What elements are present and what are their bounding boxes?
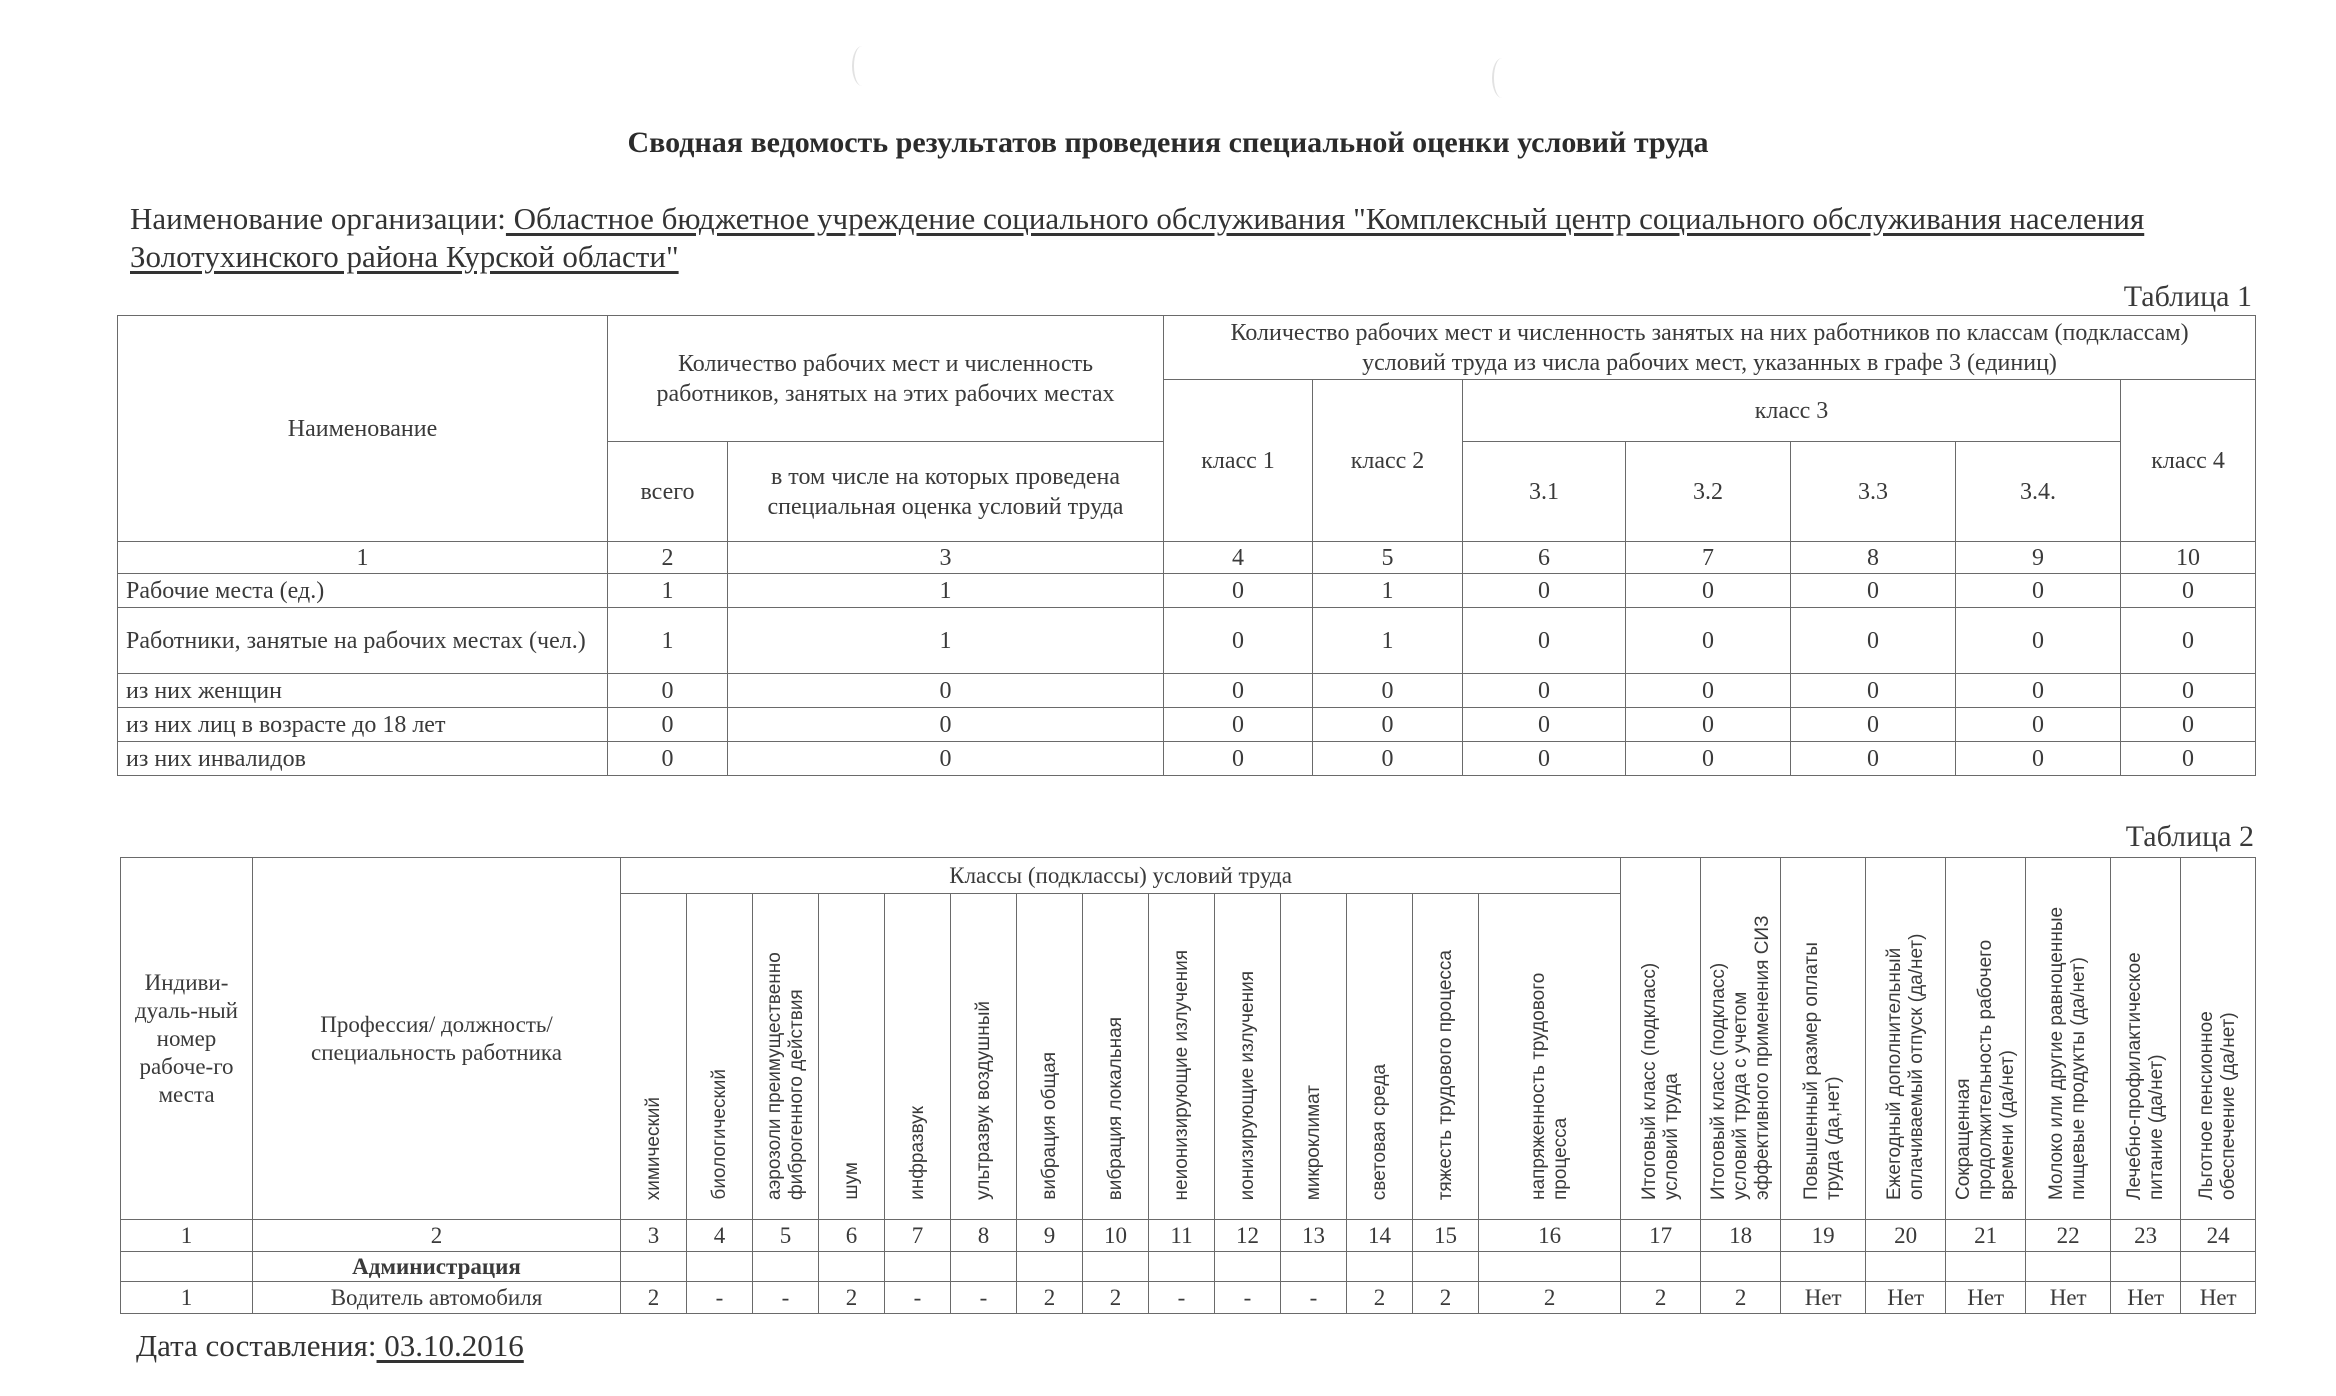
cell-value: 2 [1017, 1282, 1083, 1314]
cell-value: - [687, 1282, 753, 1314]
t2-header-extra-2: Итоговый класс (подкласс) условий труда … [1701, 858, 1781, 1220]
t1-header-class4: класс 4 [2121, 380, 2256, 542]
cell-value: 0 [1164, 608, 1313, 674]
cell-value: Нет [2181, 1282, 2256, 1314]
t1-header-classes-group: Количество рабочих мест и численность за… [1164, 316, 2256, 380]
section-title: Администрация [253, 1252, 621, 1282]
empty-cell [1866, 1252, 1946, 1282]
t2-header-classes-group: Классы (подклассы) условий труда [621, 858, 1621, 894]
t2-column-number: 1 [121, 1220, 253, 1252]
row-name: Работники, занятые на рабочих местах (че… [118, 608, 608, 674]
cell-value: 0 [608, 742, 728, 776]
t2-column-number: 18 [1701, 1220, 1781, 1252]
cell-value: 0 [1791, 608, 1956, 674]
t2-column-number: 16 [1479, 1220, 1621, 1252]
table-row: 1Водитель автомобиля2--2--22---22222НетН… [121, 1282, 2256, 1314]
cell-value: 0 [1626, 574, 1791, 608]
empty-cell [1479, 1252, 1621, 1282]
empty-cell [1017, 1252, 1083, 1282]
t1-header-assessed: в том числе на которых проведена специал… [728, 442, 1164, 542]
t1-column-number: 4 [1164, 542, 1313, 574]
cell-value: 0 [1164, 742, 1313, 776]
empty-cell [753, 1252, 819, 1282]
cell-value: 0 [2121, 742, 2256, 776]
t2-column-number: 17 [1621, 1220, 1701, 1252]
t2-header-factor: вибрация локальная [1083, 894, 1149, 1220]
t2-column-number: 14 [1347, 1220, 1413, 1252]
cell-value: 2 [1347, 1282, 1413, 1314]
t1-column-number: 5 [1313, 542, 1463, 574]
cell-value: - [885, 1282, 951, 1314]
cell-value: - [951, 1282, 1017, 1314]
cell-value: 1 [1313, 608, 1463, 674]
t1-column-number: 8 [1791, 542, 1956, 574]
t2-header-extra-6: Молоко или другие равноценные пищевые пр… [2026, 858, 2111, 1220]
t2-header-factor: биологический [687, 894, 753, 1220]
t2-column-number: 13 [1281, 1220, 1347, 1252]
cell-value: 0 [1626, 708, 1791, 742]
empty-cell [819, 1252, 885, 1282]
t1-header-class3: класс 3 [1463, 380, 2121, 442]
summary-table-2: Индиви-дуаль-ный номер рабоче-го места П… [120, 857, 2256, 1314]
t2-column-number: 22 [2026, 1220, 2111, 1252]
t1-header-class3-4: 3.4. [1956, 442, 2121, 542]
t2-column-number: 19 [1781, 1220, 1866, 1252]
t2-header-factor: шум [819, 894, 885, 1220]
cell-value: 2 [1621, 1282, 1701, 1314]
t2-column-numbers: 123456789101112131415161718192021222324 [121, 1220, 2256, 1252]
t2-header-factor: аэрозоли преимущественно фиброгенного де… [753, 894, 819, 1220]
t2-column-number: 10 [1083, 1220, 1149, 1252]
profession: Водитель автомобиля [253, 1282, 621, 1314]
workplace-id: 1 [121, 1282, 253, 1314]
table-row: из них инвалидов000000000 [118, 742, 2256, 776]
t1-column-number: 10 [2121, 542, 2256, 574]
cell-value: 0 [608, 708, 728, 742]
empty-cell [2181, 1252, 2256, 1282]
table1-label: Таблица 1 [2124, 280, 2252, 314]
t2-header-factor: вибрация общая [1017, 894, 1083, 1220]
t2-column-number: 8 [951, 1220, 1017, 1252]
t2-column-number: 23 [2111, 1220, 2181, 1252]
cell-value: 0 [728, 708, 1164, 742]
t1-column-number: 6 [1463, 542, 1626, 574]
table-row: Работники, занятые на рабочих местах (че… [118, 608, 2256, 674]
empty-cell [621, 1252, 687, 1282]
empty-cell [1347, 1252, 1413, 1282]
table2-label: Таблица 2 [2126, 820, 2254, 854]
empty-cell [1946, 1252, 2026, 1282]
cell-value: 0 [1791, 674, 1956, 708]
cell-value: 0 [1956, 742, 2121, 776]
t1-header-name: Наименование [118, 316, 608, 542]
cell-value: - [1149, 1282, 1215, 1314]
empty-cell [2111, 1252, 2181, 1282]
t2-header-factor: световая среда [1347, 894, 1413, 1220]
cell-value: 2 [621, 1282, 687, 1314]
t2-header-id: Индиви-дуаль-ный номер рабоче-го места [121, 858, 253, 1220]
organization-label: Наименование организации: [130, 201, 506, 236]
cell-value: 0 [2121, 574, 2256, 608]
cell-value: 0 [2121, 674, 2256, 708]
t2-header-factor: тяжесть трудового процесса [1413, 894, 1479, 1220]
t1-column-number: 7 [1626, 542, 1791, 574]
t1-column-number: 2 [608, 542, 728, 574]
cell-value: 0 [1313, 742, 1463, 776]
cell-value: 0 [608, 674, 728, 708]
t1-column-number: 9 [1956, 542, 2121, 574]
t1-header-class2: класс 2 [1313, 380, 1463, 542]
scan-artifact-left [852, 46, 872, 86]
t2-column-number: 11 [1149, 1220, 1215, 1252]
t2-column-number: 2 [253, 1220, 621, 1252]
t2-column-number: 24 [2181, 1220, 2256, 1252]
t2-header-factor: химический [621, 894, 687, 1220]
t2-column-number: 15 [1413, 1220, 1479, 1252]
cell-value: 0 [728, 674, 1164, 708]
cell-value: - [753, 1282, 819, 1314]
empty-cell [1083, 1252, 1149, 1282]
t1-column-number: 1 [118, 542, 608, 574]
empty-cell [1781, 1252, 1866, 1282]
cell-value: 0 [1463, 574, 1626, 608]
t2-column-number: 7 [885, 1220, 951, 1252]
cell-value: Нет [2026, 1282, 2111, 1314]
empty-cell [1281, 1252, 1347, 1282]
cell-value: 2 [819, 1282, 885, 1314]
t2-header-factor: ионизирующие излучения [1215, 894, 1281, 1220]
table-row: из них женщин000000000 [118, 674, 2256, 708]
cell-value: Нет [1866, 1282, 1946, 1314]
t1-header-class3-1: 3.1 [1463, 442, 1626, 542]
summary-table-1: Наименование Количество рабочих мест и ч… [117, 315, 2256, 776]
empty-cell [687, 1252, 753, 1282]
t2-column-number: 6 [819, 1220, 885, 1252]
cell-value: 1 [608, 574, 728, 608]
cell-value: Нет [2111, 1282, 2181, 1314]
cell-value: 0 [1463, 674, 1626, 708]
t2-column-number: 4 [687, 1220, 753, 1252]
cell-value: 1 [728, 608, 1164, 674]
t2-header-factor: напряженность трудового процесса [1479, 894, 1621, 1220]
empty-cell [1215, 1252, 1281, 1282]
cell-value: 0 [1791, 574, 1956, 608]
date-label: Дата составления: [136, 1328, 377, 1363]
cell-value: 0 [1791, 742, 1956, 776]
scan-artifact-right [1492, 58, 1512, 98]
t1-header-class3-2: 3.2 [1626, 442, 1791, 542]
cell-value: 2 [1701, 1282, 1781, 1314]
empty-cell [121, 1252, 253, 1282]
t1-column-number: 3 [728, 542, 1164, 574]
cell-value: 0 [1956, 608, 2121, 674]
t2-column-number: 5 [753, 1220, 819, 1252]
cell-value: 0 [1956, 708, 2121, 742]
cell-value: 0 [2121, 708, 2256, 742]
cell-value: 2 [1479, 1282, 1621, 1314]
cell-value: 0 [1463, 708, 1626, 742]
date-value: 03.10.2016 [377, 1328, 524, 1363]
table-row: из них лиц в возрасте до 18 лет000000000 [118, 708, 2256, 742]
t1-header-class3-3: 3.3 [1791, 442, 1956, 542]
cell-value: 0 [1164, 674, 1313, 708]
t1-header-count-group: Количество рабочих мест и численность ра… [608, 316, 1164, 442]
t2-column-number: 20 [1866, 1220, 1946, 1252]
t2-header-factor: неионизирующие излучения [1149, 894, 1215, 1220]
cell-value: 0 [2121, 608, 2256, 674]
t2-column-number: 21 [1946, 1220, 2026, 1252]
cell-value: 0 [1626, 742, 1791, 776]
row-name: Рабочие места (ед.) [118, 574, 608, 608]
cell-value: 0 [1313, 674, 1463, 708]
cell-value: 0 [1956, 674, 2121, 708]
cell-value: 0 [1791, 708, 1956, 742]
t2-header-factor: микроклимат [1281, 894, 1347, 1220]
cell-value: 1 [728, 574, 1164, 608]
t2-header-factor: ультразвук воздушный [951, 894, 1017, 1220]
cell-value: 1 [1313, 574, 1463, 608]
cell-value: - [1215, 1282, 1281, 1314]
row-name: из них женщин [118, 674, 608, 708]
t2-column-number: 9 [1017, 1220, 1083, 1252]
cell-value: 0 [1626, 674, 1791, 708]
empty-cell [885, 1252, 951, 1282]
cell-value: 0 [1164, 708, 1313, 742]
row-name: из них лиц в возрасте до 18 лет [118, 708, 608, 742]
cell-value: 2 [1413, 1282, 1479, 1314]
t2-header-extra-4: Ежегодный дополнительный оплачиваемый от… [1866, 858, 1946, 1220]
cell-value: - [1281, 1282, 1347, 1314]
empty-cell [1413, 1252, 1479, 1282]
cell-value: Нет [1781, 1282, 1866, 1314]
cell-value: 2 [1083, 1282, 1149, 1314]
date-line: Дата составления: 03.10.2016 [136, 1328, 524, 1364]
cell-value: 0 [1463, 608, 1626, 674]
empty-cell [1701, 1252, 1781, 1282]
t2-header-extra-7: Лечебно-профилактическое питание (да/нет… [2111, 858, 2181, 1220]
cell-value: 0 [1626, 608, 1791, 674]
t1-header-class1: класс 1 [1164, 380, 1313, 542]
t2-header-extra-5: Сокращенная продолжительность рабочего в… [1946, 858, 2026, 1220]
organization-line: Наименование организации: Областное бюдж… [130, 200, 2230, 276]
document-title: Сводная ведомость результатов проведения… [0, 126, 2336, 160]
empty-cell [1149, 1252, 1215, 1282]
t2-column-number: 3 [621, 1220, 687, 1252]
cell-value: Нет [1946, 1282, 2026, 1314]
t2-header-extra-8: Льготное пенсионное обеспечение (да/нет) [2181, 858, 2256, 1220]
t2-section-row: Администрация [121, 1252, 2256, 1282]
t2-header-extra-3: Повышенный размер оплаты труда (да,нет) [1781, 858, 1866, 1220]
t1-header-total: всего [608, 442, 728, 542]
t2-header-extra-1: Итоговый класс (подкласс) условий труда [1621, 858, 1701, 1220]
empty-cell [1621, 1252, 1701, 1282]
cell-value: 0 [1313, 708, 1463, 742]
cell-value: 0 [728, 742, 1164, 776]
cell-value: 1 [608, 608, 728, 674]
cell-value: 0 [1956, 574, 2121, 608]
empty-cell [2026, 1252, 2111, 1282]
t2-header-profession: Профессия/ должность/ специальность рабо… [253, 858, 621, 1220]
cell-value: 0 [1164, 574, 1313, 608]
row-name: из них инвалидов [118, 742, 608, 776]
t2-header-factor: инфразвук [885, 894, 951, 1220]
cell-value: 0 [1463, 742, 1626, 776]
t2-column-number: 12 [1215, 1220, 1281, 1252]
table-row: Рабочие места (ед.)110100000 [118, 574, 2256, 608]
t1-column-numbers: 12345678910 [118, 542, 2256, 574]
empty-cell [951, 1252, 1017, 1282]
